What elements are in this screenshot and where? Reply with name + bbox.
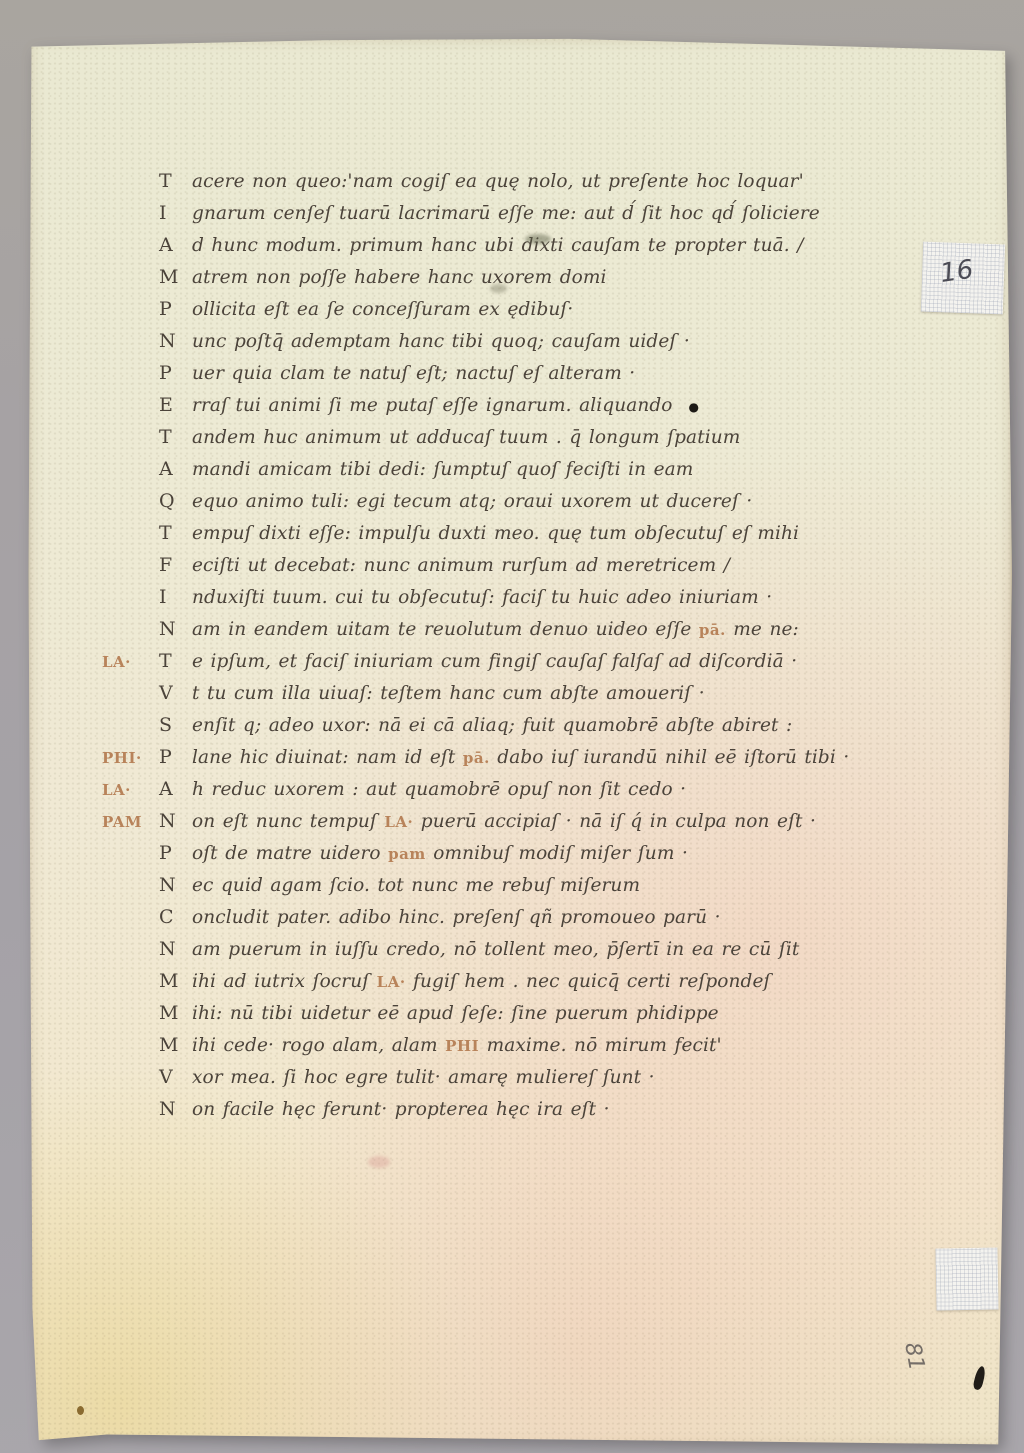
line-text: oſt de matre uidero pam omnibuſ modiſ mi… <box>192 843 688 864</box>
initial-letter: M <box>159 970 192 992</box>
manuscript-line: LA·Te ipſum, et faciſ iniuriam cum fingi… <box>102 650 797 682</box>
initial-letter: P <box>159 362 192 384</box>
inline-speaker-rubric: LA· <box>377 973 406 991</box>
parchment-page: Tacere non queo:'nam cogiſ ea quę nolo, … <box>28 36 1012 1450</box>
manuscript-line: Nec quid agam ſcio. tot nunc me rebuſ mi… <box>102 874 640 906</box>
manuscript-line: Vt tu cum illa uiuaſ: teſtem hanc cum ab… <box>102 682 705 714</box>
initial-letter: N <box>159 1098 192 1120</box>
text-segment: am in eandem uitam te reuolutum denuo ui… <box>192 619 699 640</box>
line-text: t tu cum illa uiuaſ: teſtem hanc cum abſ… <box>192 683 705 704</box>
text-segment: oſt de matre uidero <box>192 843 388 864</box>
manuscript-line: Feciſti ut decebat: nunc animum rurſum a… <box>102 554 730 586</box>
manuscript-line: Mihi cede· rogo alam, alam PHI maxime. n… <box>102 1034 722 1066</box>
stain <box>368 1156 390 1168</box>
manuscript-line: Nam in eandem uitam te reuolutum denuo u… <box>102 618 799 650</box>
line-text: oncludit pater. adibo hinc. preſenſ qñ p… <box>192 907 721 928</box>
line-text: d hunc modum. primum hanc ubi dixti cauſ… <box>192 235 804 256</box>
initial-letter: V <box>159 682 192 704</box>
manuscript-line: Qequo animo tuli: egi tecum atq; oraui u… <box>102 490 752 522</box>
initial-letter: N <box>159 618 192 640</box>
text-segment: empuſ dixti eſſe: impulſu duxti meo. quę… <box>192 523 799 544</box>
line-text: equo animo tuli: egi tecum atq; oraui ux… <box>192 491 752 512</box>
initial-letter: V <box>159 1066 192 1088</box>
initial-letter: N <box>159 938 192 960</box>
line-text: am puerum in iuſſu credo, nō tollent meo… <box>192 939 799 960</box>
line-text: ihi cede· rogo alam, alam PHI maxime. nō… <box>192 1035 722 1056</box>
inline-speaker-rubric: PHI <box>445 1037 479 1055</box>
line-text: ec quid agam ſcio. tot nunc me rebuſ miſ… <box>192 875 640 896</box>
text-block: Tacere non queo:'nam cogiſ ea quę nolo, … <box>28 36 1012 1450</box>
text-segment: omnibuſ modiſ miſer ſum · <box>426 843 688 864</box>
initial-letter: S <box>159 714 192 736</box>
manuscript-line: Tacere non queo:'nam cogiſ ea quę nolo, … <box>102 170 804 202</box>
manuscript-line: Puer quia clam te natuſ eſt; nactuſ eſ a… <box>102 362 635 394</box>
line-text: ollicita eſt ea ſe conceſſuram ex ędibuſ… <box>192 299 573 320</box>
initial-letter: P <box>159 842 192 864</box>
manuscript-line: Amandi amicam tibi dedi: ſumptuſ quoſ fe… <box>102 458 693 490</box>
manuscript-line: Pollicita eſt ea ſe conceſſuram ex ędibu… <box>102 298 573 330</box>
line-text: lane hic diuinat: nam id eſt pā. dabo iu… <box>192 747 849 768</box>
text-segment: xor mea. ſi hoc egre tulit· amarę mulier… <box>192 1067 655 1088</box>
initial-letter: T <box>159 522 192 544</box>
initial-letter: N <box>159 874 192 896</box>
text-segment: eciſti ut decebat: nunc animum rurſum ad… <box>192 555 730 576</box>
line-text: gnarum cenſeſ tuarū lacrimarū eſſe me: a… <box>192 203 820 224</box>
initial-letter: A <box>159 778 192 800</box>
manuscript-line: Nunc poſtq̄ ademptam hanc tibi quoq; cau… <box>102 330 690 362</box>
speaker-rubric: LA· <box>102 653 159 671</box>
text-segment: dabo iuſ iurandū nihil eē iſtorū tibi · <box>490 747 850 768</box>
manuscript-line: Erraſ tui animi ſi me putaſ eſſe ignarum… <box>102 394 699 426</box>
initial-letter: Q <box>159 490 192 512</box>
speaker-rubric: PHI· <box>102 749 159 767</box>
manuscript-line: LA·Ah reduc uxorem : aut quamobrē opuſ n… <box>102 778 686 810</box>
parchment-shadow: Tacere non queo:'nam cogiſ ea quę nolo, … <box>0 0 1024 1453</box>
text-segment: ihi: nū tibi uidetur eē apud ſeſe: ſine … <box>192 1003 719 1024</box>
manuscript-line: Senſit q; adeo uxor: nā ei cā aliaq; fui… <box>102 714 792 746</box>
text-segment: t tu cum illa uiuaſ: teſtem hanc cum abſ… <box>192 683 705 704</box>
text-segment: e ipſum, et faciſ iniuriam cum fingiſ ca… <box>192 651 797 672</box>
manuscript-line: Poſt de matre uidero pam omnibuſ modiſ m… <box>102 842 688 874</box>
folio-label-sticker: 16 <box>921 242 1005 315</box>
initial-letter: M <box>159 1034 192 1056</box>
text-segment: equo animo tuli: egi tecum atq; oraui ux… <box>192 491 752 512</box>
line-text: uer quia clam te natuſ eſt; nactuſ eſ al… <box>192 363 635 384</box>
text-segment: gnarum cenſeſ tuarū lacrimarū eſſe me: a… <box>192 203 820 224</box>
stain <box>490 284 507 293</box>
manuscript-line: Vxor mea. ſi hoc egre tulit· amarę mulie… <box>102 1066 655 1098</box>
text-segment: d hunc modum. primum hanc ubi dixti cauſ… <box>192 235 804 256</box>
manuscript-line: Nam puerum in iuſſu credo, nō tollent me… <box>102 938 799 970</box>
initial-letter: T <box>159 170 192 192</box>
manuscript-line: PHI·Plane hic diuinat: nam id eſt pā. da… <box>102 746 849 778</box>
text-segment: rraſ tui animi ſi me putaſ eſſe ignarum.… <box>192 395 673 416</box>
initial-letter: A <box>159 234 192 256</box>
initial-letter: P <box>159 746 192 768</box>
initial-letter: P <box>159 298 192 320</box>
initial-letter: M <box>159 1002 192 1024</box>
manuscript-line: Induxiſti tuum. cui tu obſecutuſ: faciſ … <box>102 586 772 618</box>
text-segment: uer quia clam te natuſ eſt; nactuſ eſ al… <box>192 363 635 384</box>
text-segment: nduxiſti tuum. cui tu obſecutuſ: faciſ t… <box>192 587 772 608</box>
line-text: eciſti ut decebat: nunc animum rurſum ad… <box>192 555 730 576</box>
inline-speaker-rubric: LA· <box>384 813 413 831</box>
page-number-pencil: 81 <box>899 1341 928 1373</box>
text-segment: h reduc uxorem : aut quamobrē opuſ non ſ… <box>192 779 686 800</box>
line-text: rraſ tui animi ſi me putaſ eſſe ignarum.… <box>192 395 699 416</box>
line-text: empuſ dixti eſſe: impulſu duxti meo. quę… <box>192 523 799 544</box>
line-text: e ipſum, et faciſ iniuriam cum fingiſ ca… <box>192 651 797 672</box>
manuscript-line: Mihi ad iutrix ſocruſ LA· fugiſ hem . ne… <box>102 970 770 1002</box>
text-segment: maxime. nō mirum fecit' <box>479 1035 722 1056</box>
line-text: mandi amicam tibi dedi: ſumptuſ quoſ fec… <box>192 459 693 480</box>
line-text: acere non queo:'nam cogiſ ea quę nolo, u… <box>192 171 804 192</box>
text-segment: on facile hęc ferunt· propterea hęc ira … <box>192 1099 610 1120</box>
speaker-rubric: PAM <box>102 813 159 831</box>
initial-letter: A <box>159 458 192 480</box>
text-segment: ihi ad iutrix ſocruſ <box>192 971 377 992</box>
line-text: on eſt nunc tempuſ LA· puerū accipiaſ · … <box>192 811 816 832</box>
line-text: on facile hęc ferunt· propterea hęc ira … <box>192 1099 610 1120</box>
text-segment: am puerum in iuſſu credo, nō tollent meo… <box>192 939 799 960</box>
line-text: am in eandem uitam te reuolutum denuo ui… <box>192 619 799 640</box>
initial-letter: I <box>159 586 192 608</box>
text-segment: enſit q; adeo uxor: nā ei cā aliaq; fuit… <box>192 715 792 736</box>
stain <box>525 234 551 244</box>
initial-letter: I <box>159 202 192 224</box>
text-segment: ihi cede· rogo alam, alam <box>192 1035 445 1056</box>
manuscript-line: Non facile hęc ferunt· propterea hęc ira… <box>102 1098 610 1130</box>
line-text: ihi ad iutrix ſocruſ LA· fugiſ hem . nec… <box>192 971 770 992</box>
initial-letter: N <box>159 810 192 832</box>
initial-letter: T <box>159 426 192 448</box>
manuscript-line: Ignarum cenſeſ tuarū lacrimarū eſſe me: … <box>102 202 820 234</box>
initial-letter: T <box>159 650 192 672</box>
inline-speaker-rubric: pam <box>388 845 426 863</box>
manuscript-line: Matrem non poſſe habere hanc uxorem domi <box>102 266 607 298</box>
text-segment: atrem non poſſe habere hanc uxorem domi <box>192 267 607 288</box>
ink-dot: ● <box>689 400 700 414</box>
text-segment: mandi amicam tibi dedi: ſumptuſ quoſ fec… <box>192 459 693 480</box>
blank-sticker <box>935 1247 998 1310</box>
text-segment: oncludit pater. adibo hinc. preſenſ qñ p… <box>192 907 721 928</box>
folio-number: 16 <box>938 255 975 289</box>
manuscript-line: PAMNon eſt nunc tempuſ LA· puerū accipia… <box>102 810 816 842</box>
inline-speaker-rubric: pā. <box>463 749 490 767</box>
speaker-rubric: LA· <box>102 781 159 799</box>
initial-letter: M <box>159 266 192 288</box>
line-text: andem huc animum ut adducaſ tuum . q̄ lo… <box>192 427 740 448</box>
manuscript-line: Ad hunc modum. primum hanc ubi dixti cau… <box>102 234 804 266</box>
text-segment: me ne: <box>726 619 799 640</box>
manuscript-line: Concludit pater. adibo hinc. preſenſ qñ … <box>102 906 721 938</box>
line-text: nduxiſti tuum. cui tu obſecutuſ: faciſ t… <box>192 587 772 608</box>
line-text: atrem non poſſe habere hanc uxorem domi <box>192 267 607 288</box>
manuscript-line: Mihi: nū tibi uidetur eē apud ſeſe: ſine… <box>102 1002 719 1034</box>
photo-background: Tacere non queo:'nam cogiſ ea quę nolo, … <box>0 0 1024 1453</box>
text-segment: ollicita eſt ea ſe conceſſuram ex ędibuſ… <box>192 299 573 320</box>
initial-letter: F <box>159 554 192 576</box>
line-text: ihi: nū tibi uidetur eē apud ſeſe: ſine … <box>192 1003 719 1024</box>
initial-letter: E <box>159 394 192 416</box>
manuscript-line: Tempuſ dixti eſſe: impulſu duxti meo. qu… <box>102 522 799 554</box>
text-segment: andem huc animum ut adducaſ tuum . q̄ lo… <box>192 427 740 448</box>
initial-letter: C <box>159 906 192 928</box>
text-segment: fugiſ hem . nec quicq̄ certi reſpondeſ <box>406 971 771 992</box>
text-segment: on eſt nunc tempuſ <box>192 811 384 832</box>
text-segment: ec quid agam ſcio. tot nunc me rebuſ miſ… <box>192 875 640 896</box>
line-text: xor mea. ſi hoc egre tulit· amarę mulier… <box>192 1067 655 1088</box>
line-text: enſit q; adeo uxor: nā ei cā aliaq; fuit… <box>192 715 792 736</box>
text-segment: lane hic diuinat: nam id eſt <box>192 747 463 768</box>
line-text: h reduc uxorem : aut quamobrē opuſ non ſ… <box>192 779 686 800</box>
text-segment: acere non queo:'nam cogiſ ea quę nolo, u… <box>192 171 804 192</box>
text-segment: unc poſtq̄ ademptam hanc tibi quoq; cauſ… <box>192 331 690 352</box>
line-text: unc poſtq̄ ademptam hanc tibi quoq; cauſ… <box>192 331 690 352</box>
text-segment: puerū accipiaſ · nā iſ q́ in culpa non e… <box>413 811 816 832</box>
inline-speaker-rubric: pā. <box>699 621 726 639</box>
initial-letter: N <box>159 330 192 352</box>
manuscript-line: Tandem huc animum ut adducaſ tuum . q̄ l… <box>102 426 740 458</box>
dirt-fleck <box>77 1406 84 1415</box>
